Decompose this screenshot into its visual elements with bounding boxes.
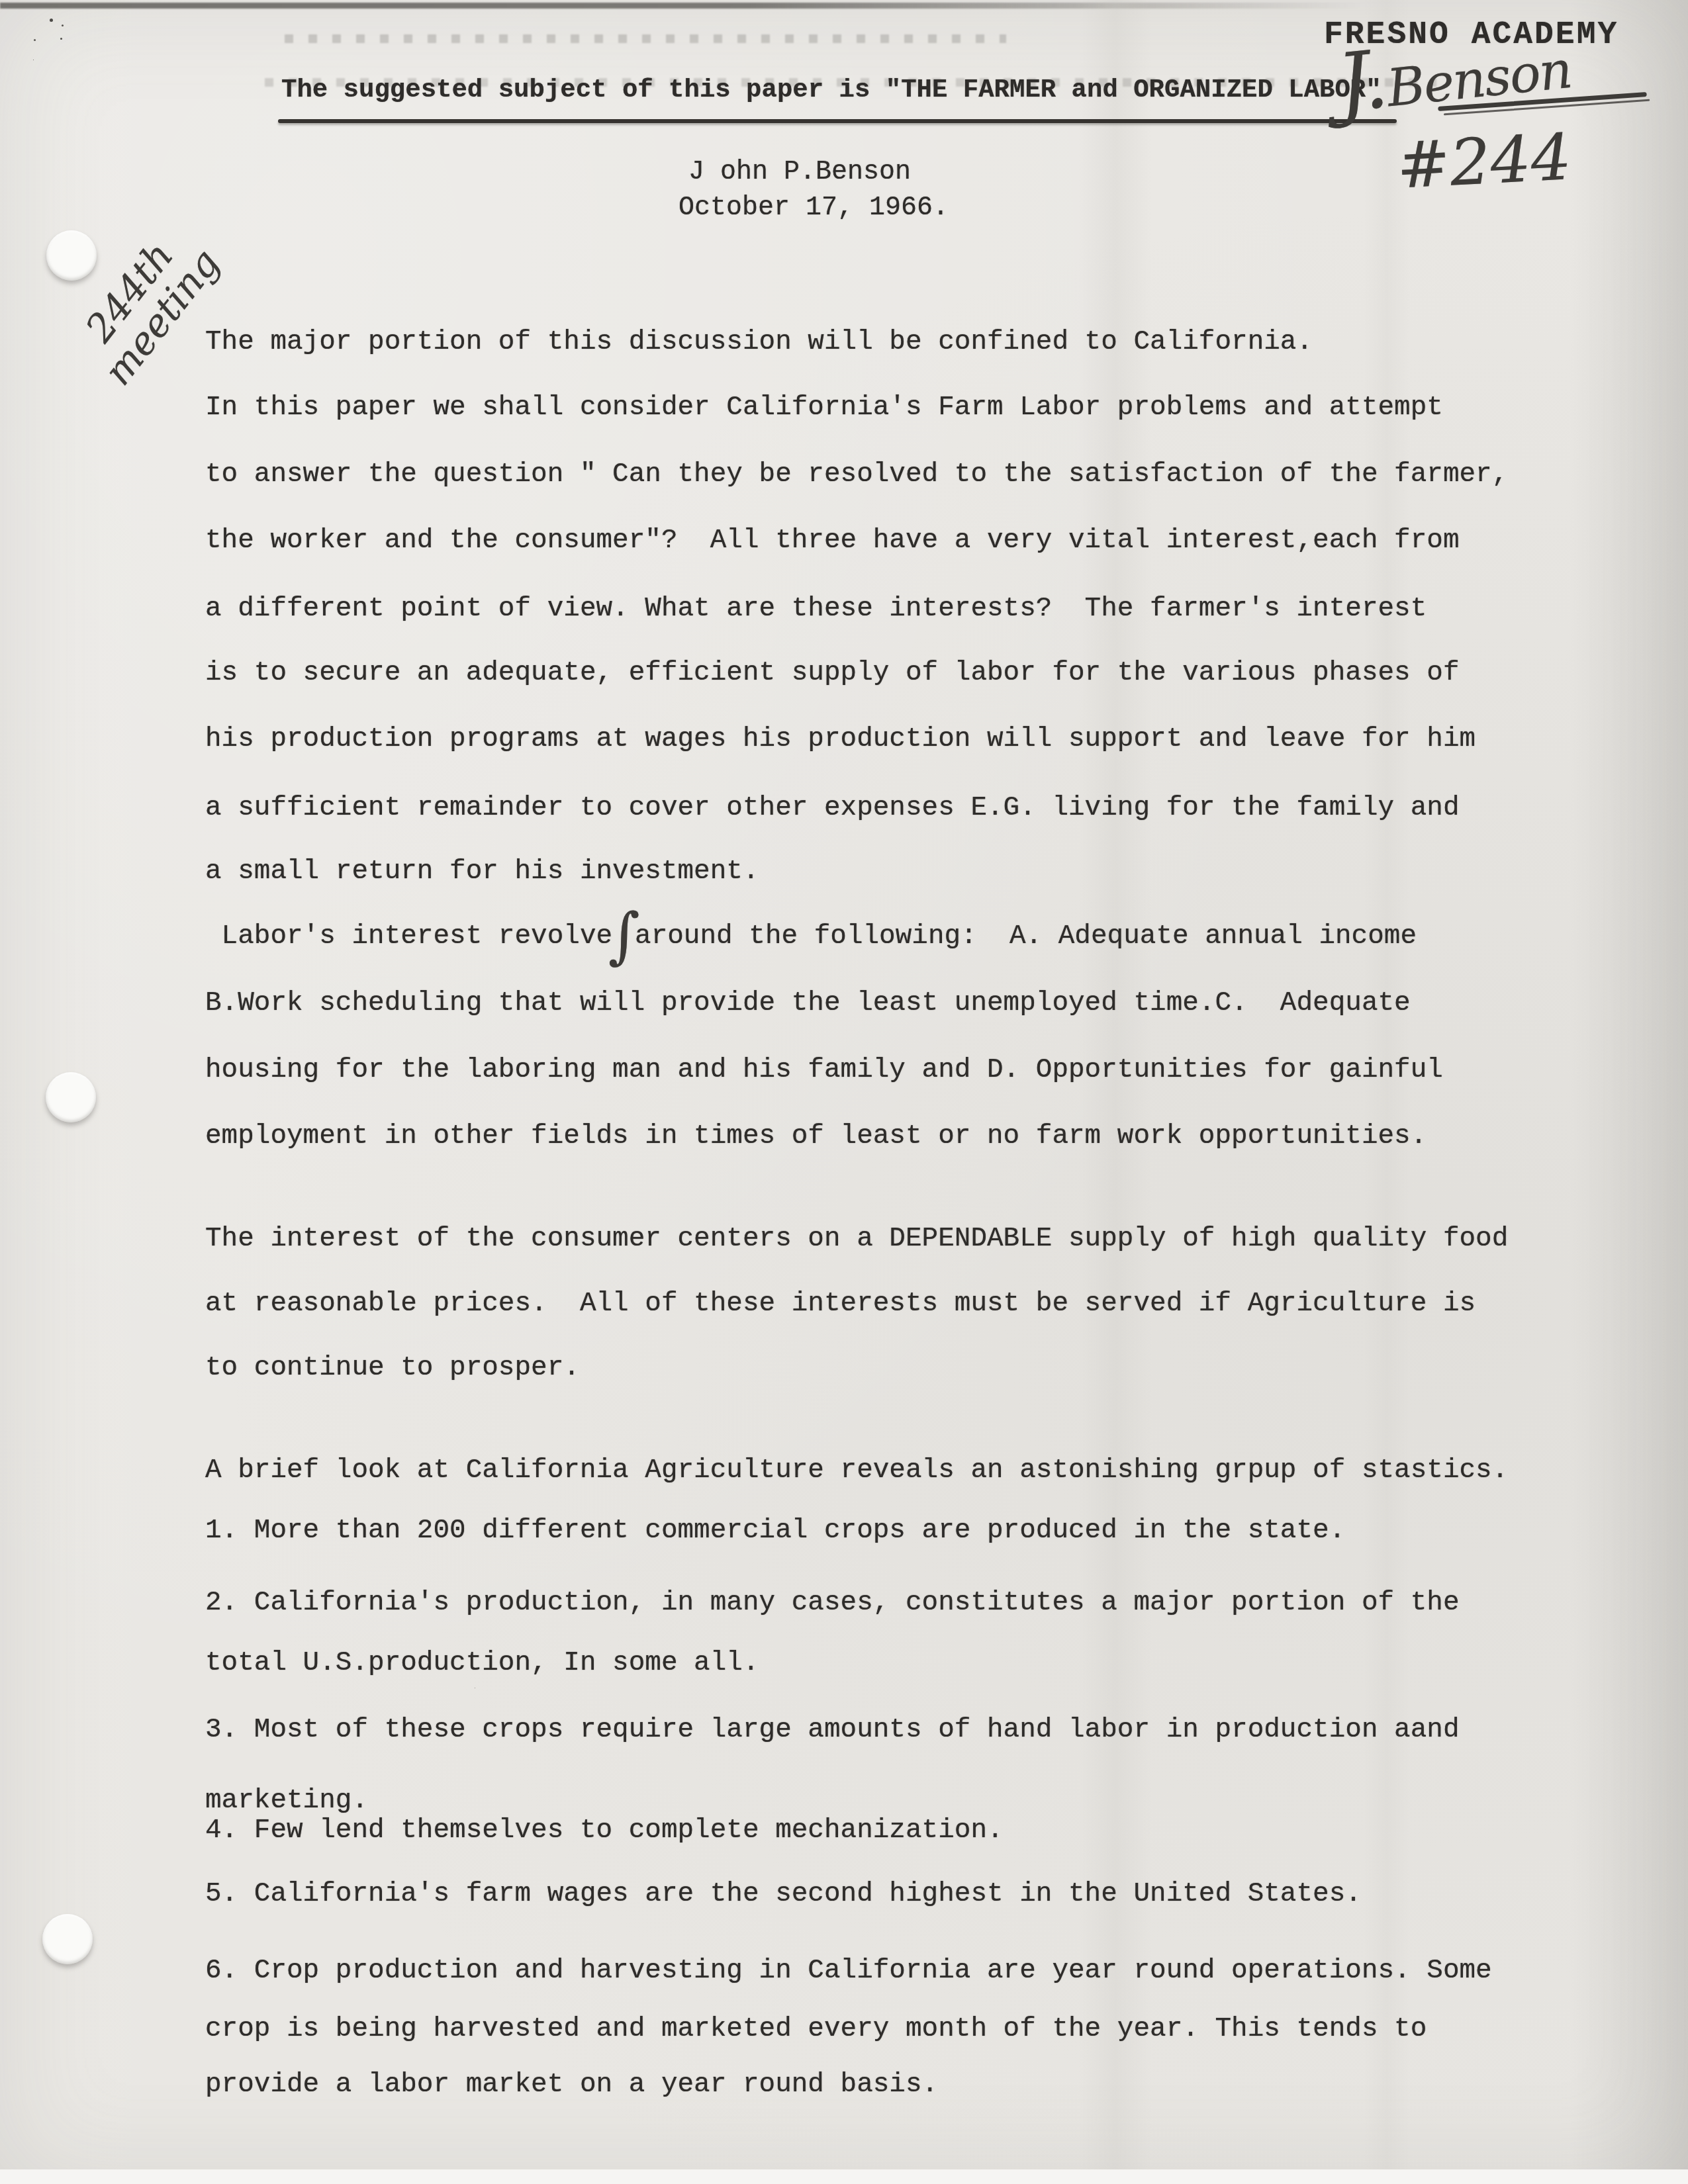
hole-punch-top: [46, 230, 97, 281]
typed-line-17: A brief look at California Agriculture r…: [205, 1454, 1508, 1487]
typed-line-4: the worker and the consumer"? All three …: [205, 524, 1460, 557]
typed-line-1: The major portion of this discussion wil…: [205, 326, 1313, 359]
typed-text: Labor's interest revolve: [205, 921, 612, 952]
page-title: The suggested subject of this paper is "…: [281, 74, 1382, 106]
typed-line-9: a small return for his investment.: [205, 855, 759, 888]
typed-line-21: 3. Most of these crops require large amo…: [205, 1713, 1460, 1747]
typed-line-13: employment in other fields in times of l…: [205, 1120, 1427, 1153]
typed-line-10: Labor's interest revolve∫around the foll…: [205, 920, 1417, 953]
typed-line-11: B.Work scheduling that will provide the …: [205, 987, 1411, 1020]
handwritten-insertion-s: ∫: [608, 900, 640, 971]
hole-punch-middle: [46, 1072, 96, 1122]
typed-text: around the following: A. Adequate annual…: [635, 921, 1417, 952]
typed-line-22: marketing.: [205, 1784, 368, 1817]
title-underline: [278, 119, 1397, 123]
typed-line-27: provide a labor market on a year round b…: [205, 2068, 938, 2101]
typed-line-19: 2. California's production, in many case…: [205, 1586, 1460, 1619]
typed-line-6: is to secure an adequate, efficient supp…: [205, 657, 1460, 690]
paper-specks: [50, 19, 53, 22]
author-line: J ohn P.Benson: [688, 158, 911, 187]
handwritten-paper-number: #244: [1395, 120, 1573, 203]
typed-line-5: a different point of view. What are thes…: [205, 592, 1427, 625]
typed-line-3: to answer the question " Can they be res…: [205, 458, 1508, 491]
scan-bottom-edge-artifact: [0, 2169, 1688, 2184]
paper-crease-streak: [1364, 0, 1410, 2184]
typed-line-14: The interest of the consumer centers on …: [205, 1222, 1508, 1255]
typed-line-18: 1. More than 200 different commercial cr…: [205, 1514, 1345, 1547]
scan-top-edge-artifact: [0, 3, 1364, 9]
typed-line-20: total U.S.production, In some all.: [205, 1647, 759, 1680]
typed-line-23: 4. Few lend themselves to complete mecha…: [205, 1814, 1004, 1847]
scanned-document-page: FRESNO ACADEMY J.Benson #244 244th meeti…: [0, 0, 1688, 2184]
typed-line-24: 5. California's farm wages are the secon…: [205, 1878, 1362, 1911]
typed-line-8: a sufficient remainder to cover other ex…: [205, 792, 1460, 825]
typed-line-2: In this paper we shall consider Californ…: [205, 391, 1443, 424]
hole-punch-bottom: [42, 1914, 93, 1964]
typed-line-26: crop is being harvested and marketed eve…: [205, 2013, 1427, 2046]
typed-line-12: housing for the laboring man and his fam…: [205, 1054, 1443, 1087]
typed-line-16: to continue to prosper.: [205, 1351, 580, 1385]
date-line: October 17, 1966.: [679, 193, 949, 223]
typed-line-25: 6. Crop production and harvesting in Cal…: [205, 1954, 1492, 1987]
typed-line-15: at reasonable prices. All of these inter…: [205, 1287, 1476, 1320]
typed-line-7: his production programs at wages his pro…: [205, 723, 1476, 756]
ghost-type-bleedthrough: [285, 34, 1006, 43]
